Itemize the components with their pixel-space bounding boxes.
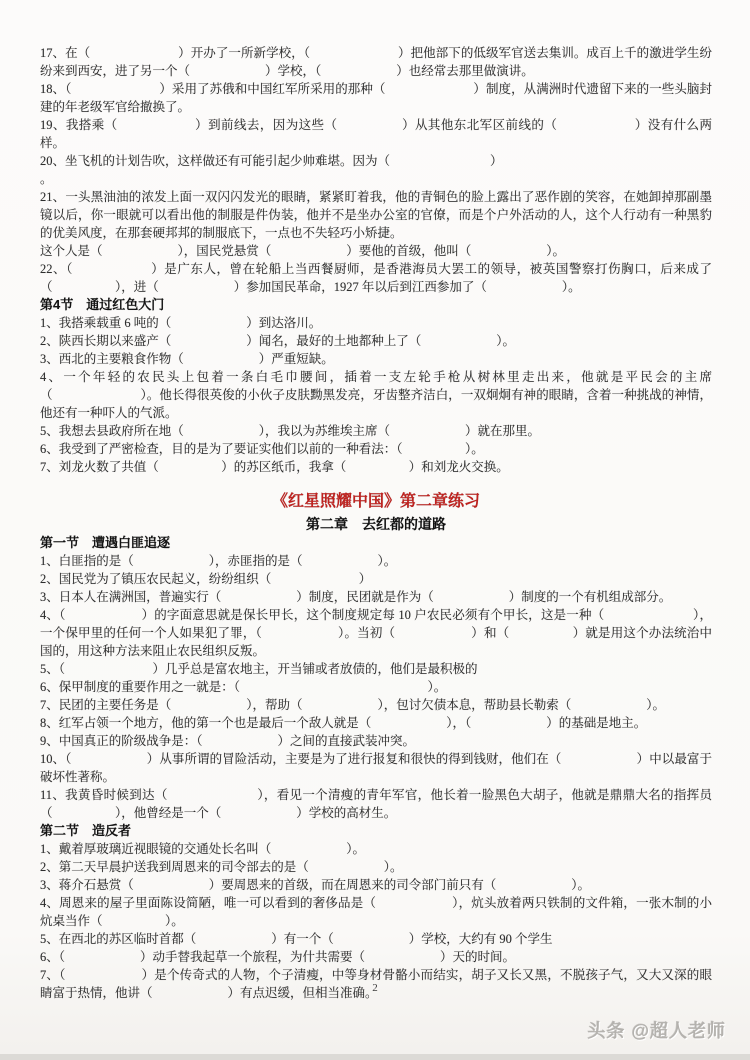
worksheet-content: 17、在（ ）开办了一所新学校，（ ）把他部下的低级军官送去集训。成百上千的激进… xyxy=(40,44,712,1002)
exercise-item: 6、保甲制度的重要作用之一就是：（ ）。 xyxy=(40,678,712,696)
chapter-practice-title: 《红星照耀中国》第二章练习 xyxy=(40,490,712,514)
exercise-item: 4、（ ）的字面意思就是保长甲长，这个制度规定每 10 户农民必须有个甲长，这是… xyxy=(40,606,712,660)
exercise-item: 18、（ ）采用了苏俄和中国红军所采用的那种（ ）制度，从满洲时代遗留下来的一些… xyxy=(40,80,712,116)
exercise-item: 20、坐飞机的计划告吹，这样做还有可能引起少帅难堪。因为（ ） xyxy=(40,152,712,170)
exercise-item: 5、我想去县政府所在地（ ），我以为苏维埃主席（ ）就在那里。 xyxy=(40,422,712,440)
exercise-item: 21、一头黑油油的浓发上面一双闪闪发光的眼睛，紧紧盯着我，他的青铜色的脸上露出了… xyxy=(40,188,712,242)
exercise-item: 22、（ ）是广东人，曾在轮船上当西餐厨师，是香港海员大罢工的领导，被英国警察打… xyxy=(40,260,712,296)
exercise-item: 1、白匪指的是（ ），赤匪指的是（ ）。 xyxy=(40,552,712,570)
page-number: 2 xyxy=(0,982,750,994)
section-heading: 第二节 造反者 xyxy=(40,822,712,840)
exercise-item: 4、一个年轻的农民头上包着一条白毛巾腰间，插着一支左轮手枪从树林里走出来，他就是… xyxy=(40,368,712,422)
exercise-item: 2、国民党为了镇压农民起义，纷纷组织（ ） xyxy=(40,570,712,588)
exercise-item: 10、（ ）从事所谓的冒险活动，主要是为了进行报复和很快的得到钱财，他们在（ ）… xyxy=(40,750,712,786)
section-heading: 第4节 通过红色大门 xyxy=(40,296,712,314)
photo-edge xyxy=(0,1054,750,1060)
exercise-item: 1、我搭乘载重 6 吨的（ ）到达洛川。 xyxy=(40,314,712,332)
exercise-item: 2、第二天早晨护送我到周恩来的司令部去的是（ ）。 xyxy=(40,858,712,876)
exercise-item-continuation: 这个人是（ ），国民党悬赏（ ）要他的首级，他叫（ ）。 xyxy=(40,242,712,260)
exercise-item: 7、民团的主要任务是（ ），帮助（ ），包讨欠债本息，帮助县长勒索（ ）。 xyxy=(40,696,712,714)
exercise-item: 3、蒋介石悬赏（ ）要周恩来的首级，而在周恩来的司令部门前只有（ ）。 xyxy=(40,876,712,894)
exercise-item: 7、刘龙火数了共值（ ）的苏区纸币，我拿（ ）和刘龙火交换。 xyxy=(40,458,712,476)
exercise-item: 3、西北的主要粮食作物（ ）严重短缺。 xyxy=(40,350,712,368)
exercise-item: 5、（ ）几乎总是富农地主，开当铺或者放债的，他们是最积极的 xyxy=(40,660,712,678)
exercise-item: 5、在西北的苏区临时首都（ ）有一个（ ）学校，大约有 90 个学生 xyxy=(40,930,712,948)
exercise-item: 19、我搭乘（ ）到前线去，因为这些（ ）从其他东北军区前线的（ ）没有什么两样… xyxy=(40,116,712,152)
exercise-item: 6、我受到了严密检查，目的是为了要证实他们以前的一种看法：（ ）。 xyxy=(40,440,712,458)
section-heading: 第一节 遭遇白匪追逐 xyxy=(40,534,712,552)
exercise-item: 8、红军占领一个地方，他的第一个也是最后一个敌人就是（ ），（ ）的基础是地主。 xyxy=(40,714,712,732)
document-page: 17、在（ ）开办了一所新学校，（ ）把他部下的低级军官送去集训。成百上千的激进… xyxy=(0,0,750,1060)
chapter-subtitle: 第二章 去红都的道路 xyxy=(40,514,712,534)
exercise-item: 17、在（ ）开办了一所新学校，（ ）把他部下的低级军官送去集训。成百上千的激进… xyxy=(40,44,712,80)
exercise-item: 11、我黄昏时候到达（ ），看见一个清瘦的青年军官，他长着一脸黑色大胡子，他就是… xyxy=(40,786,712,822)
exercise-item: 3、日本人在满洲国，普遍实行（ ）制度，民团就是作为（ ）制度的一个有机组成部分… xyxy=(40,588,712,606)
exercise-item: 6、（ ）动手替我起草一个旅程，为什共需要（ ）天的时间。 xyxy=(40,948,712,966)
exercise-item: 9、中国真正的阶级战争是：（ ）之间的直接武装冲突。 xyxy=(40,732,712,750)
orphan-punctuation: 。 xyxy=(40,170,712,188)
exercise-item: 4、周恩来的屋子里面陈设简陋，唯一可以看到的奢侈品是（ ），炕头放着两只铁制的文… xyxy=(40,894,712,930)
exercise-item: 2、陕西长期以来盛产（ ）闻名，最好的土地都种上了（ ）。 xyxy=(40,332,712,350)
exercise-item: 1、戴着厚玻璃近视眼镜的交通处长名叫（ ）。 xyxy=(40,840,712,858)
watermark: 头条 @超人老师 xyxy=(587,1017,726,1043)
